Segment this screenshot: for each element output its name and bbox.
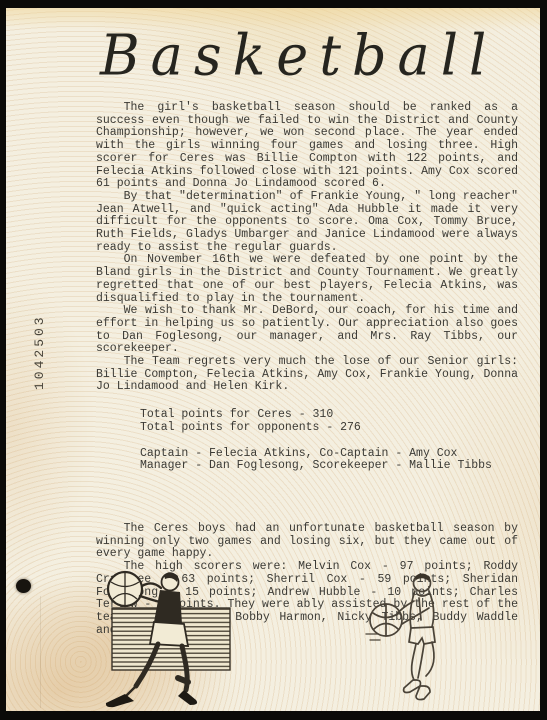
basketball-icon — [108, 572, 142, 606]
document-paragraph: The Ceres boys had an unfortunate basket… — [96, 523, 518, 561]
serial-number-stamp: 1042503 — [32, 314, 47, 390]
stat-line-manager: Manager - Dan Foglesong, Scorekeeper - M… — [140, 460, 518, 473]
stat-line-ceres-total: Total points for Ceres - 310 — [140, 409, 518, 422]
scan-border: 1042503 Basketball The girl's basketball… — [0, 0, 547, 720]
player-figure — [366, 574, 435, 700]
document-body: The girl's basketball season should be r… — [96, 102, 518, 637]
player-shooting-icon — [92, 564, 244, 712]
document-paragraph: By that "determination" of Frankie Young… — [96, 191, 518, 255]
season-stats-block: Total points for Ceres - 310 Total point… — [140, 409, 518, 473]
paper-crease — [40, 596, 41, 708]
document-paragraph: On November 16th we were defeated by one… — [96, 254, 518, 305]
document-paragraph: We wish to thank Mr. DeBord, our coach, … — [96, 305, 518, 356]
document-paragraph: The girl's basketball season should be r… — [96, 102, 518, 191]
document-paragraph: The Team regrets very much the lose of o… — [96, 356, 518, 394]
punch-hole — [16, 579, 31, 593]
page-title: Basketball — [100, 23, 497, 89]
document-page: 1042503 Basketball The girl's basketball… — [6, 8, 540, 711]
stat-line-opponents-total: Total points for opponents - 276 — [140, 422, 518, 435]
basketball-player-dribbling-illustration — [358, 568, 480, 713]
spacer — [140, 435, 518, 448]
player-dribbling-icon — [358, 568, 480, 708]
basketball-icon — [370, 604, 402, 636]
basketball-player-shooting-illustration — [92, 564, 244, 717]
